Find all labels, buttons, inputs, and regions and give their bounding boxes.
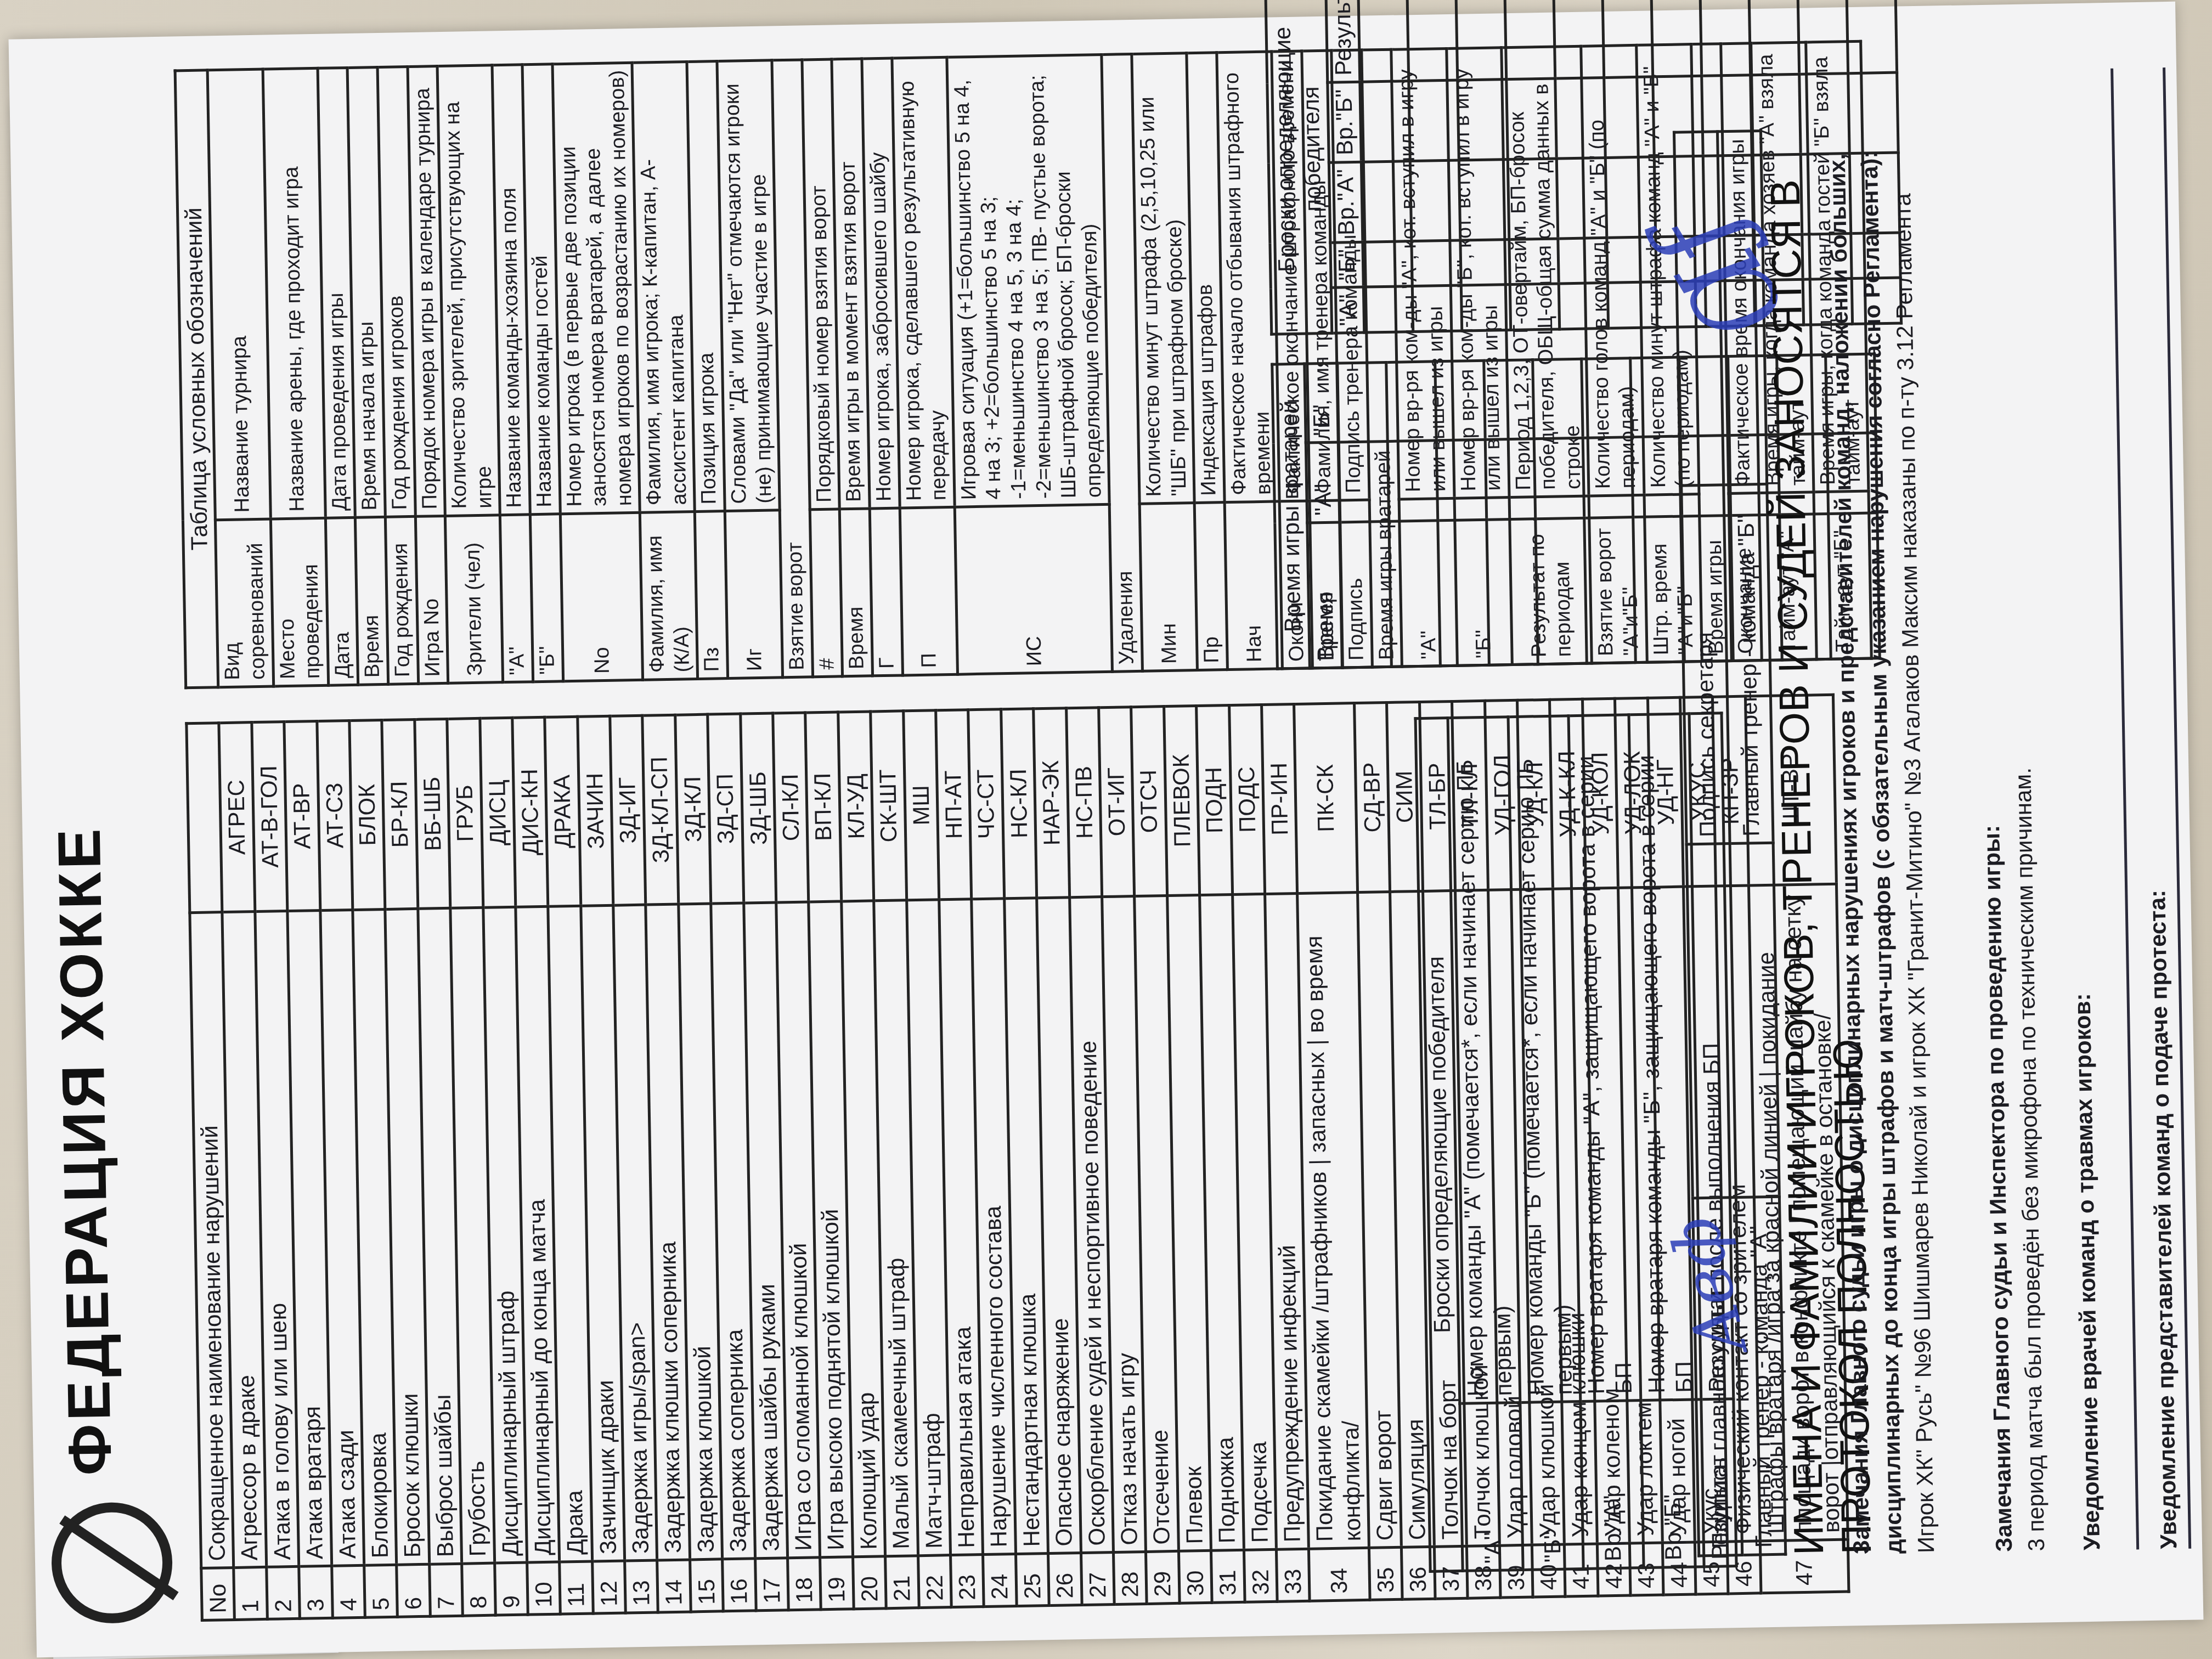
penalty-number: 13	[625, 1560, 658, 1613]
legend-row: ИСИгровая ситуация (+1=большинство 5 на …	[947, 54, 1113, 674]
legend-key: Вид соревнований	[216, 519, 273, 687]
shootout-row-cell[interactable]	[1363, 241, 1412, 287]
shootout-row-cell[interactable]	[1360, 81, 1410, 162]
penalty-code: ПК-СК	[1294, 703, 1358, 894]
penalty-code: НС-КЛ	[1001, 709, 1036, 899]
penalty-code: ЗАЧИН	[577, 716, 613, 906]
penalty-code: ЗД-ШБ	[740, 713, 776, 903]
penalty-number: 29	[1146, 1551, 1180, 1604]
so-col-gk-b: Вр."Б"	[1328, 82, 1362, 162]
protest-notice-title: Уведомление представителей команд о пода…	[2144, 890, 2181, 1549]
goalie-time-row	[1483, 360, 1538, 665]
shootout-row-cell[interactable]	[1700, 0, 1751, 76]
penalty-code: ОТСЧ	[1131, 707, 1167, 896]
legend-key: Пз	[695, 511, 728, 679]
coach-b-label: Главный тренер - команда "Б"	[1724, 484, 1773, 844]
legend-value: Количество зрителей, присутствующих на и…	[437, 65, 500, 516]
penalty-number: 9	[494, 1562, 528, 1615]
shootout-row-cell[interactable]	[1504, 0, 1555, 80]
federation-logo-icon	[50, 1502, 173, 1624]
shootout-row-cell[interactable]	[1459, 159, 1509, 240]
goalie-time-row-cell[interactable]	[1339, 442, 1389, 522]
goalie-time-row-cell[interactable]	[1584, 517, 1635, 663]
shootout-legend-key: Вр."А"	[1581, 1401, 1644, 1569]
legend-key: Время	[840, 509, 873, 676]
shootout-legend-value: Номер команды "Б" (помечается*, если нач…	[1508, 716, 1581, 1403]
penalty-code: ЗД-КЛ-СП	[642, 715, 678, 905]
penalty-number: 2	[267, 1566, 300, 1619]
col-header-number: No	[201, 1567, 235, 1620]
legend-key: Пр	[1194, 503, 1227, 670]
penalty-number: 11	[560, 1561, 593, 1614]
coach-a-signature-field[interactable]	[1730, 843, 1779, 1197]
shootout-row	[1407, 0, 1462, 332]
goalie-time-row-cell[interactable]	[1387, 441, 1438, 521]
penalty-code: ПР-ИН	[1261, 704, 1297, 894]
penalty-number: 10	[527, 1562, 561, 1615]
penalty-number: 26	[1048, 1553, 1082, 1606]
shootout-row-cell[interactable]	[1559, 283, 1608, 329]
conduct-remarks-text: 3 период матча был проведён без микрофон…	[2010, 768, 2049, 1551]
goalie-time-row	[1338, 362, 1392, 667]
penalty-number: 18	[788, 1558, 821, 1610]
shootout-row-cell[interactable]	[1460, 239, 1510, 285]
legend-key: No	[560, 512, 643, 681]
goalie-time-row-cell[interactable]	[1633, 516, 1684, 663]
goalie-time-row-cell[interactable]	[1435, 360, 1485, 441]
penalty-number: 35	[1369, 1547, 1402, 1600]
chief-referee-signature-field[interactable]	[1686, 844, 1736, 1198]
legend-key: Место проведения	[270, 518, 328, 686]
shootout-row-cell[interactable]	[1555, 78, 1606, 159]
so-col-gk-a: Вр."А"	[1329, 162, 1363, 242]
conduct-remarks-title: Замечания Главного судьи и Инспектора по…	[1978, 825, 2017, 1552]
goalie-time-row-cell[interactable]	[1340, 521, 1392, 668]
shootout-row-cell[interactable]	[1363, 286, 1413, 332]
goalie-time-row-cell[interactable]	[1386, 362, 1436, 442]
shootout-row-cell[interactable]	[1461, 285, 1510, 331]
penalty-number: 1	[234, 1567, 267, 1620]
shootout-legend-value: Номер вратаря команды "А", защищающего в…	[1568, 715, 1641, 1402]
penalty-code: МШ	[903, 710, 939, 900]
penalty-number: 20	[853, 1556, 886, 1609]
goalie-time-row	[1532, 359, 1587, 664]
legend-value: Номер игрока (в первые две позиции занос…	[552, 63, 640, 513]
shootout-row-cell[interactable]	[1358, 0, 1409, 82]
legend-key: Год рождения	[385, 516, 418, 684]
penalty-code: ДРАКА	[545, 716, 580, 906]
penalty-code: БР-КЛ	[382, 719, 417, 909]
penalty-number: 15	[690, 1559, 723, 1612]
coach-a-label: Главный тренер - команда "А"	[1736, 1197, 1785, 1555]
goalie-time-row-cell[interactable]	[1487, 518, 1538, 665]
shootout-row-cell[interactable]	[1510, 284, 1559, 330]
penalty-code: ЗД-КЛ	[675, 714, 711, 904]
shootout-row	[1602, 0, 1657, 328]
penalty-code: НС-ПВ	[1066, 708, 1102, 898]
penalty-code: ДИСЦ	[479, 718, 515, 907]
penalty-number: 34	[1309, 1548, 1370, 1601]
penalty-code: ОТ-ИГ	[1099, 707, 1135, 897]
penalty-number: 19	[820, 1557, 854, 1610]
col-header-code	[187, 723, 222, 913]
shootout-row	[1504, 0, 1560, 330]
legend-key: Зрители (чел)	[445, 515, 503, 684]
penalty-code: СК-ШТ	[871, 711, 906, 901]
shootout-row-cell[interactable]	[1605, 157, 1656, 238]
legend-row: Место проведенияНазвание арены, где прох…	[263, 68, 329, 686]
shootout-title: Броски определяющие победителя	[1265, 0, 1332, 334]
penalty-number: 31	[1211, 1550, 1245, 1602]
legend-row: Фамилия, имя (К/А)Фамилия, имя игрока; К…	[632, 62, 698, 680]
shootout-row	[1455, 0, 1511, 331]
legend-row: МинКоличество минут штрафа (2,5,10,25 ил…	[1132, 53, 1198, 672]
shootout-row-cell[interactable]	[1506, 78, 1557, 159]
legend-key: Фамилия, имя (К/А)	[640, 511, 698, 680]
penalty-number: 24	[983, 1554, 1017, 1607]
goalie-time-row-cell[interactable]	[1389, 521, 1441, 667]
goalie-time-row-cell[interactable]	[1338, 362, 1388, 442]
legend-value: Название арены, где проходит игра	[263, 68, 325, 519]
legend-value: Словами "Да" или "Нет" отмечаются игроки…	[717, 60, 780, 511]
goalie-time-row-cell[interactable]	[1532, 359, 1583, 439]
legend-key: Дата	[325, 517, 358, 685]
penalty-code: АТ-СЗ	[317, 721, 352, 911]
shootout-row-cell[interactable]	[1362, 161, 1412, 242]
shootout-row-cell[interactable]	[1607, 282, 1657, 328]
penalty-code: ЗД-СП	[708, 714, 743, 904]
shootout-row-cell[interactable]	[1556, 157, 1607, 238]
legend-value: Название турнира	[207, 69, 270, 520]
goalie-time-row-cell[interactable]	[1534, 438, 1584, 519]
shootout-row-cell[interactable]	[1604, 77, 1655, 157]
shootout-row-cell[interactable]	[1651, 0, 1702, 77]
secretary-signature-label: Подпись секретаря	[1680, 485, 1730, 844]
legend-key: #	[810, 509, 843, 677]
penalty-code: ВП-КЛ	[805, 712, 841, 902]
penalty-code: ГРУБ	[447, 718, 483, 908]
penalty-number: 27	[1081, 1552, 1114, 1605]
goalie-time-row-cell[interactable]	[1630, 357, 1680, 437]
shootout-row-cell[interactable]	[1412, 285, 1462, 331]
shootout-row-cell[interactable]	[1508, 159, 1558, 239]
protocol-sheet: ФЕДЕРАЦИЯ ХОККЕ No Сокращенное наименова…	[9, 2, 2204, 1657]
penalty-code: НП-АТ	[936, 710, 972, 900]
goalie-time-row-cell[interactable]	[1485, 439, 1536, 520]
injury-notice: Уведомление врачей команд о травмах игро…	[2066, 993, 2108, 1550]
penalty-number: 12	[592, 1561, 625, 1613]
shootout-legend-key: "А"	[1460, 1402, 1523, 1571]
penalty-number: 25	[1015, 1554, 1049, 1606]
gk-col-b: "Б"	[1305, 363, 1339, 443]
so-col-result: Результат	[1325, 0, 1360, 83]
penalty-number: 7	[429, 1564, 462, 1616]
shootout-row-cell[interactable]	[1602, 0, 1653, 78]
legend-key: ИС	[955, 504, 1113, 674]
penalty-number: 33	[1276, 1549, 1310, 1601]
penalty-number: 21	[885, 1556, 919, 1609]
goalie-time-row-cell[interactable]	[1583, 437, 1633, 518]
legend-key: Мин	[1139, 503, 1197, 672]
legend-key: "Б"	[530, 514, 563, 682]
goalie-time-row-cell[interactable]	[1581, 358, 1632, 438]
shootout-legend-value: Номер команды "А" (помечается*, если нач…	[1448, 717, 1520, 1404]
penalty-code: АГРЕС	[219, 723, 255, 912]
penalty-number: 6	[397, 1564, 430, 1617]
penalty-number: 8	[462, 1563, 495, 1616]
goalie-time-row	[1630, 357, 1684, 662]
goalie-time-row	[1435, 360, 1489, 665]
goalie-time-row-cell[interactable]	[1438, 520, 1489, 666]
shootout-row-cell[interactable]	[1558, 238, 1607, 284]
penalty-code: ВБ-ШБ	[415, 719, 450, 909]
penalty-number: 22	[918, 1555, 951, 1608]
goalie-time-title: Время игры вратарей	[1272, 364, 1310, 669]
goalie-time-row-cell[interactable]	[1536, 518, 1587, 664]
legend-value: Номер игрока, сделавшего результативную …	[892, 57, 955, 508]
penalty-number: 3	[299, 1566, 332, 1618]
penalty-code: ПОДН	[1197, 706, 1232, 895]
goalie-time-row	[1581, 358, 1635, 663]
penalty-code: СД-ВР	[1355, 703, 1390, 893]
penalty-number: 16	[723, 1559, 756, 1611]
penalty-code: БЛОК	[349, 720, 385, 910]
legend-row: Зрители (чел)Количество зрителей, присут…	[437, 65, 503, 684]
legend-row: ПНомер игрока, сделавшего результативную…	[892, 57, 958, 675]
shootout-row-cell[interactable]	[1458, 80, 1508, 160]
conduct-remarks: Замечания Главного судьи и Инспектора по…	[1974, 768, 2053, 1552]
penalty-code: ДИС-КН	[512, 717, 548, 907]
goalie-time-row-cell[interactable]	[1436, 440, 1487, 521]
legend-key: "А"	[500, 515, 533, 682]
gk-col-a: "А"	[1306, 442, 1340, 522]
shootout-row-cell[interactable]	[1455, 0, 1506, 81]
so-col-b: "Б"	[1330, 242, 1364, 287]
shootout-row-cell[interactable]	[1407, 0, 1458, 81]
injury-notice-line	[2111, 69, 2139, 1550]
legend-key: Г	[870, 508, 902, 676]
penalty-code: НАР-ЭК	[1034, 708, 1069, 898]
so-col-a: "А"	[1331, 287, 1364, 333]
penalty-number: 4	[331, 1565, 365, 1618]
goalie-time-row-cell[interactable]	[1483, 360, 1534, 440]
goalie-time-row-cell[interactable]	[1632, 437, 1682, 517]
document-title: ФЕДЕРАЦИЯ ХОККЕ	[44, 825, 126, 1476]
legend-value: Игровая ситуация (+1=большинство 5 на 4,…	[947, 54, 1110, 507]
penalty-code: ЗД-ИГ	[610, 715, 646, 905]
penalty-code: ПЛЕВОК	[1164, 706, 1199, 896]
goalie-time-row	[1386, 362, 1440, 667]
penalty-number: 28	[1113, 1551, 1147, 1604]
shootout-row	[1553, 0, 1609, 329]
legend-key: Время	[356, 517, 388, 685]
penalty-number: 23	[951, 1555, 984, 1607]
legend-value: Количество минут штрафа (2,5,10,25 или "…	[1132, 53, 1194, 504]
shootout-legend-key: "Б"	[1520, 1402, 1583, 1570]
legend-value: Фамилия, имя игрока; К-капитан, А-ассист…	[632, 62, 695, 513]
penalty-code: ПОДС	[1229, 705, 1265, 895]
shootout-row-cell[interactable]	[1553, 0, 1604, 78]
penalty-code: ЧС-СТ	[968, 709, 1004, 899]
injury-notice-title: Уведомление врачей команд о травмах игро…	[2069, 993, 2104, 1550]
penalty-name: Покидание скамейки /штрафников | запасны…	[1297, 893, 1369, 1549]
legend-row: Вид соревнованийНазвание турнира	[207, 69, 273, 687]
legend-row: ИгСловами "Да" или "Нет" отмечаются игро…	[717, 60, 783, 679]
penalty-number: 14	[657, 1560, 691, 1612]
penalty-code: СЛ-КЛ	[773, 713, 809, 902]
legend-key: Игра No	[415, 516, 448, 684]
shootout-row	[1358, 0, 1413, 332]
legend-key: П	[900, 507, 957, 675]
penalty-number: 30	[1178, 1550, 1212, 1603]
penalty-code: КЛ-УД	[838, 712, 874, 901]
shootout-row-cell[interactable]	[1509, 239, 1559, 285]
legend-row: NoНомер игрока (в первые две позиции зан…	[552, 63, 643, 681]
shootout-row-cell[interactable]	[1412, 240, 1461, 286]
penalty-number: 32	[1244, 1549, 1277, 1602]
penalty-code: АТ-ВР	[284, 721, 320, 911]
gk-col-time: Время	[1307, 522, 1342, 668]
legend-key: Иг	[725, 510, 782, 679]
penalty-code: АТ-В-ГОЛ	[252, 722, 287, 912]
shootout-row-cell[interactable]	[1410, 160, 1460, 241]
shootout-legend-key: Вр."Б"	[1641, 1400, 1704, 1568]
penalty-number: 5	[364, 1565, 398, 1617]
penalty-number: 17	[755, 1558, 788, 1611]
shootout-row-cell[interactable]	[1409, 81, 1459, 161]
